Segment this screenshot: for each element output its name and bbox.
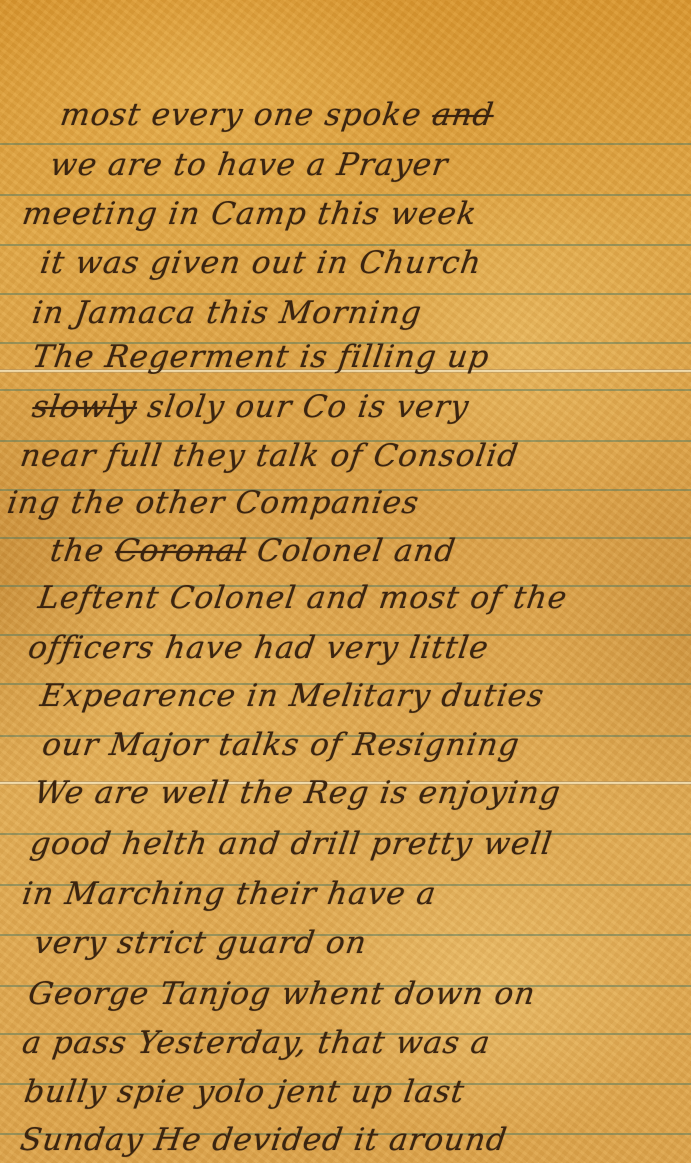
line-text: a pass Yesterday, that was a [20, 1025, 493, 1061]
handwritten-line: slowly sloly our Co is very [30, 389, 472, 425]
line-text: it was given out in Church [38, 245, 484, 281]
handwritten-line: good helth and drill pretty well [28, 826, 555, 862]
handwritten-line: Expearence in Melitary duties [38, 678, 547, 714]
struck-word: slowly [30, 389, 140, 425]
line-text: good helth and drill pretty well [28, 826, 555, 862]
struck-word: Coronal [113, 533, 249, 569]
line-text: most every one spoke [58, 97, 424, 133]
handwritten-line: very strict guard on [32, 925, 369, 961]
handwritten-line: meeting in Camp this week [20, 196, 479, 232]
handwritten-line: in Jamaca this Morning [30, 295, 424, 331]
line-text: The Regerment is filling up [30, 339, 492, 375]
line-text: in Marching their have a [20, 876, 439, 912]
line-text: Expearence in Melitary duties [38, 678, 547, 714]
line-text: near full they talk of Consolid [18, 438, 521, 474]
ruled-line [0, 143, 691, 145]
line-text: Sunday He devided it around [18, 1122, 510, 1158]
handwritten-line: ing the other Companies [5, 485, 422, 521]
line-text: the [48, 533, 107, 569]
line-text: we are to have a Prayer [48, 147, 451, 183]
handwritten-line: we are to have a Prayer [48, 147, 451, 183]
line-text: officers have had very little [26, 630, 491, 666]
handwritten-line: officers have had very little [26, 630, 491, 666]
line-text: ing the other Companies [5, 485, 422, 521]
line-text: We are well the Reg is enjoying [32, 775, 563, 811]
handwritten-line: in Marching their have a [20, 876, 439, 912]
line-text: Leftent Colonel and most of the [36, 580, 570, 616]
letter-page: most every one spoke and we are to have … [0, 0, 691, 1163]
handwritten-line: it was given out in Church [38, 245, 484, 281]
handwritten-line: most every one spoke and [58, 97, 496, 133]
handwritten-line: We are well the Reg is enjoying [32, 775, 563, 811]
handwritten-line: Sunday He devided it around [18, 1122, 510, 1158]
handwritten-line: our Major talks of Resigning [40, 727, 522, 763]
line-text: meeting in Camp this week [20, 196, 479, 232]
line-text: George Tanjog whent down on [26, 976, 538, 1012]
handwritten-line: George Tanjog whent down on [26, 976, 538, 1012]
handwritten-line: Leftent Colonel and most of the [36, 580, 570, 616]
line-text: Colonel and [255, 533, 458, 569]
line-text: very strict guard on [32, 925, 369, 961]
struck-word: and [430, 97, 496, 133]
handwritten-line: near full they talk of Consolid [18, 438, 521, 474]
line-text: in Jamaca this Morning [30, 295, 424, 331]
handwritten-line: bully spie yolo jent up last [22, 1074, 467, 1110]
line-text: our Major talks of Resigning [40, 727, 522, 763]
line-text: sloly our Co is very [145, 389, 471, 425]
handwritten-line: a pass Yesterday, that was a [20, 1025, 493, 1061]
handwritten-line: The Regerment is filling up [30, 339, 492, 375]
handwritten-line: the Coronal Colonel and [48, 533, 458, 569]
line-text: bully spie yolo jent up last [22, 1074, 467, 1110]
